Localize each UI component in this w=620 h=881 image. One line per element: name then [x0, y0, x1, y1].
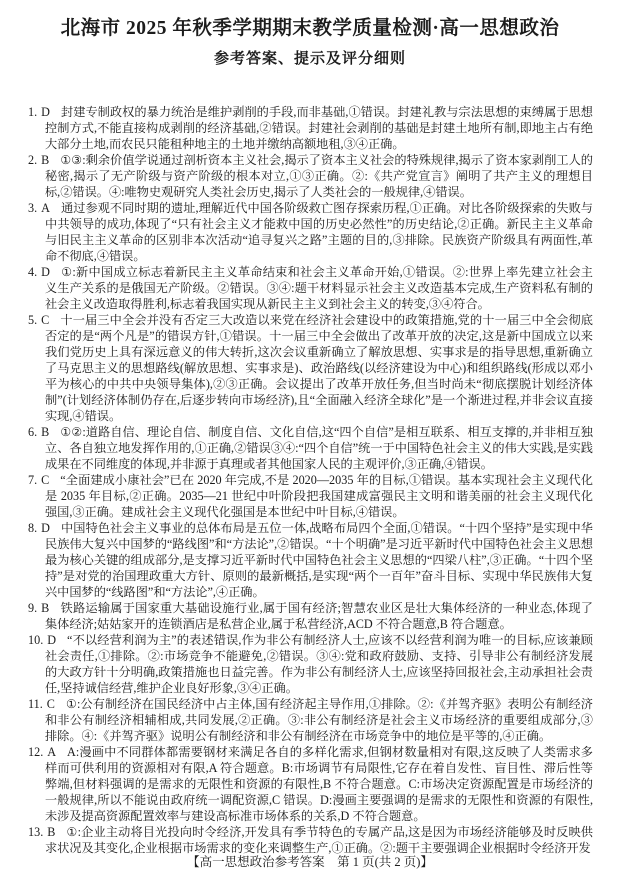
- answer-number: 8.: [28, 521, 37, 535]
- answer-text: 封建专制政权的暴力统治是维护剥削的手段,而非基础,①错误。封建礼教与宗法思想的束…: [45, 105, 593, 151]
- answer-number: 13.: [28, 825, 43, 839]
- answer-item-2: 2.B①③:剩余价值学说通过剖析资本主义社会,揭示了资本主义社会的特殊规律,揭示…: [28, 152, 593, 200]
- answer-item-7: 7.C“全面建成小康社会”已在 2020 年完成,不是 2020—2035 年的…: [28, 472, 593, 520]
- answer-letter: D: [47, 633, 56, 647]
- answer-letter: A: [47, 745, 56, 759]
- answer-letter: C: [41, 473, 49, 487]
- answer-number: 4.: [28, 265, 37, 279]
- answer-number: 6.: [28, 425, 37, 439]
- answer-text: A:漫画中不同群体都需要钢材来满足各自的多样化需求,但钢材数量相对有限,这反映了…: [45, 745, 593, 823]
- answer-text: 中国特色社会主义事业的总体布局是五位一体,战略布局四个全面,①错误。“十四个坚持…: [45, 521, 593, 599]
- answer-text: 铁路运输属于国家重大基础设施行业,属于国有经济;智慧农业区是壮大集体经济的一种业…: [45, 601, 593, 631]
- answer-text: ①:企业主动将目光投向时令经济,开发具有季节特色的专属产品,这是因为市场经济能够…: [45, 825, 593, 855]
- answer-item-3: 3.A通过参观不同时期的遗址,理解近代中国各阶级救亡图存探索历程,①正确。对比各…: [28, 200, 593, 264]
- answer-item-9: 9.B铁路运输属于国家重大基础设施行业,属于国有经济;智慧农业区是壮大集体经济的…: [28, 600, 593, 632]
- answer-letter: D: [41, 265, 50, 279]
- answer-text: 十一届三中全会并没有否定三大改造以来党在经济社会建设中的政策措施,党的十一届三中…: [45, 313, 593, 423]
- answer-item-6: 6.B①②:道路自信、理论自信、制度自信、文化自信,这“四个自信”是相互联系、相…: [28, 424, 593, 472]
- answer-letter: D: [41, 521, 50, 535]
- answer-number: 9.: [28, 601, 37, 615]
- answer-text: ①:公有制经济在国民经济中占主体,国有经济起主导作用,①排除。②:《并驾齐驱》表…: [45, 697, 593, 743]
- answer-number: 1.: [28, 105, 37, 119]
- answer-item-5: 5.C十一届三中全会并没有否定三大改造以来党在经济社会建设中的政策措施,党的十一…: [28, 312, 593, 424]
- answer-number: 3.: [28, 201, 37, 215]
- answer-letter: C: [47, 697, 55, 711]
- answer-letter: B: [41, 425, 49, 439]
- page-header: 北海市 2025 年秋季学期期末教学质量检测·高一思想政治 参考答案、提示及评分…: [0, 0, 620, 68]
- answer-number: 5.: [28, 313, 37, 327]
- answer-item-10: 10.D“不以经营利润为主”的表述错误,作为非公有制经济人士,应该不以经营利润为…: [28, 632, 593, 696]
- answer-sheet-page: 北海市 2025 年秋季学期期末教学质量检测·高一思想政治 参考答案、提示及评分…: [0, 0, 620, 881]
- answer-letter: B: [47, 825, 55, 839]
- page-title: 北海市 2025 年秋季学期期末教学质量检测·高一思想政治: [0, 12, 620, 40]
- answer-number: 11.: [28, 697, 43, 711]
- answer-letter: B: [41, 601, 49, 615]
- answer-letter: B: [41, 153, 49, 167]
- answer-text: “不以经营利润为主”的表述错误,作为非公有制经济人士,应该不以经营利润为唯一的目…: [45, 633, 593, 695]
- answer-letter: C: [41, 313, 49, 327]
- answer-letter: A: [41, 201, 50, 215]
- answer-text: ①②:道路自信、理论自信、制度自信、文化自信,这“四个自信”是相互联系、相互支撑…: [45, 425, 593, 471]
- answer-item-1: 1.D封建专制政权的暴力统治是维护剥削的手段,而非基础,①错误。封建礼教与宗法思…: [28, 104, 593, 152]
- answer-item-4: 4.D①:新中国成立标志着新民主主义革命结束和社会主义革命开始,①错误。②:世界…: [28, 264, 593, 312]
- answer-text: ①:新中国成立标志着新民主主义革命结束和社会主义革命开始,①错误。②:世界上率先…: [45, 265, 593, 311]
- answer-item-8: 8.D中国特色社会主义事业的总体布局是五位一体,战略布局四个全面,①错误。“十四…: [28, 520, 593, 600]
- page-footer: 【高一思想政治参考答案 第 1 页(共 2 页)】: [0, 852, 620, 870]
- answer-text: “全面建成小康社会”已在 2020 年完成,不是 2020—2035 年的目标,…: [45, 473, 593, 519]
- page-subtitle: 参考答案、提示及评分细则: [0, 47, 620, 68]
- answer-item-11: 11.C①:公有制经济在国民经济中占主体,国有经济起主导作用,①排除。②:《并驾…: [28, 696, 593, 744]
- answer-text: ①③:剩余价值学说通过剖析资本主义社会,揭示了资本主义社会的特殊规律,揭示了资本…: [45, 153, 593, 199]
- answer-number: 10.: [28, 633, 43, 647]
- answer-number: 7.: [28, 473, 37, 487]
- answer-letter: D: [41, 105, 50, 119]
- answer-number: 2.: [28, 153, 37, 167]
- answer-list: 1.D封建专制政权的暴力统治是维护剥削的手段,而非基础,①错误。封建礼教与宗法思…: [28, 104, 593, 856]
- answer-text: 通过参观不同时期的遗址,理解近代中国各阶级救亡图存探索历程,①正确。对比各阶级探…: [45, 201, 593, 263]
- answer-item-12: 12.AA:漫画中不同群体都需要钢材来满足各自的多样化需求,但钢材数量相对有限,…: [28, 744, 593, 824]
- answer-number: 12.: [28, 745, 43, 759]
